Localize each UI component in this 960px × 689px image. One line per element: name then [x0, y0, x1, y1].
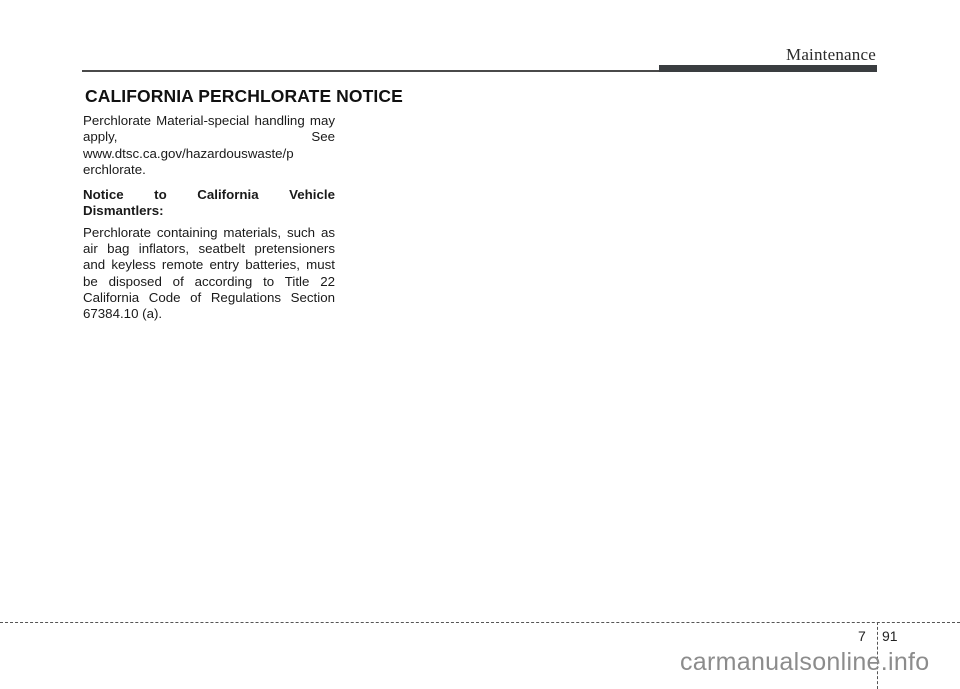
disposal-paragraph: Perchlorate containing materials, such a… [83, 225, 335, 323]
watermark-link[interactable]: carmanualsonline.info [680, 648, 930, 677]
intro-paragraph: Perchlorate Material-special han­dling m… [83, 113, 335, 178]
dismantlers-subheading: Notice to California Vehicle Dismantlers… [83, 187, 335, 220]
header-accent-bar [659, 65, 877, 72]
notice-content: Perchlorate Material-special han­dling m… [83, 113, 335, 332]
section-header: Maintenance [786, 45, 876, 65]
page-number: 91 [882, 628, 898, 644]
notice-title: CALIFORNIA PERCHLORATE NOTICE [85, 86, 403, 107]
chapter-number: 7 [858, 628, 866, 644]
header-divider [82, 70, 662, 72]
footer-divider [0, 622, 960, 623]
